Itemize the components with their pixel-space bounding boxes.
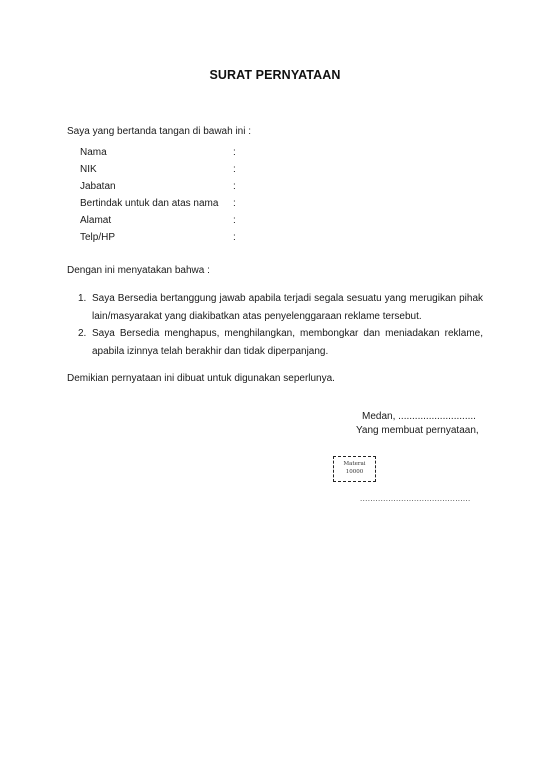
stamp-duty-box: Materai 10000 [333, 456, 376, 482]
field-row-nik: NIK : [80, 163, 280, 180]
field-row-telp: Telp/HP : [80, 231, 280, 248]
field-separator: : [233, 163, 236, 177]
field-label: Jabatan [80, 180, 116, 194]
field-row-bertindak: Bertindak untuk dan atas nama : [80, 197, 280, 214]
signature-block: Medan, ............................ Yang… [356, 410, 479, 438]
statement-number: 2. [78, 325, 86, 343]
field-separator: : [233, 214, 236, 228]
identity-fields: Nama : NIK : Jabatan : Bertindak untuk d… [80, 146, 280, 248]
closing-text: Demikian pernyataan ini dibuat untuk dig… [67, 373, 335, 384]
signer-role: Yang membuat pernyataan, [356, 424, 479, 438]
intro-text: Saya yang bertanda tangan di bawah ini : [67, 126, 251, 137]
field-label: NIK [80, 163, 97, 177]
statement-item: 1. Saya Bersedia bertanggung jawab apabi… [78, 290, 483, 325]
field-separator: : [233, 231, 236, 245]
stamp-value: 10000 [334, 468, 375, 476]
statement-intro: Dengan ini menyatakan bahwa : [67, 265, 210, 276]
field-label: Alamat [80, 214, 111, 228]
place-date: Medan, ............................ [356, 410, 479, 424]
field-separator: : [233, 180, 236, 194]
signature-name-line: ........................................… [360, 494, 471, 503]
field-label: Bertindak untuk dan atas nama [80, 197, 218, 211]
field-row-jabatan: Jabatan : [80, 180, 280, 197]
field-row-nama: Nama : [80, 146, 280, 163]
document-page: SURAT PERNYATAAN Saya yang bertanda tang… [0, 0, 550, 777]
statement-list: 1. Saya Bersedia bertanggung jawab apabi… [78, 290, 483, 360]
statement-number: 1. [78, 290, 86, 308]
stamp-label: Materai [334, 460, 375, 468]
field-separator: : [233, 146, 236, 160]
statement-text: Saya Bersedia menghapus, menghilangkan, … [92, 328, 483, 357]
field-label: Nama [80, 146, 107, 160]
statement-item: 2. Saya Bersedia menghapus, menghilangka… [78, 325, 483, 360]
document-title: SURAT PERNYATAAN [0, 68, 550, 82]
field-row-alamat: Alamat : [80, 214, 280, 231]
field-separator: : [233, 197, 236, 211]
statement-text: Saya Bersedia bertanggung jawab apabila … [92, 293, 483, 322]
field-label: Telp/HP [80, 231, 115, 245]
